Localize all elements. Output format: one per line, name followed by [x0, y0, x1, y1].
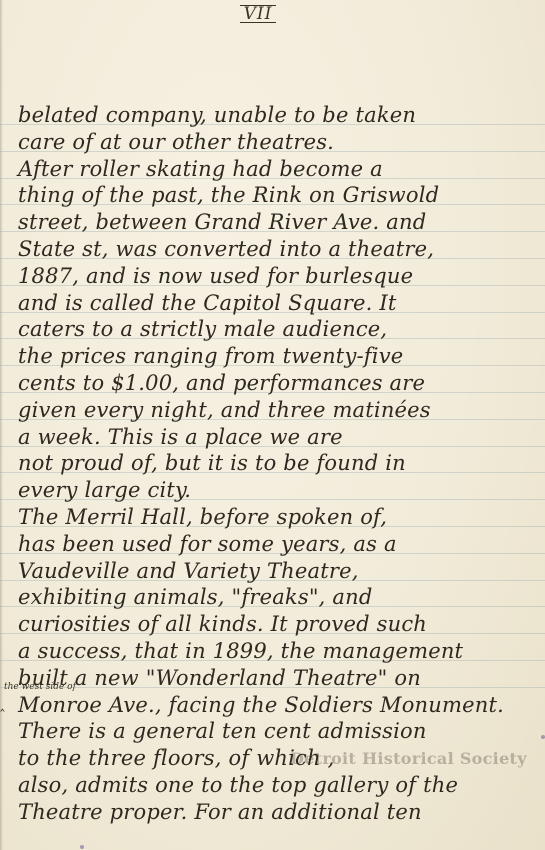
text-line: a success, that in 1899, the management [18, 636, 463, 666]
text-line: has been used for some years, as a [18, 529, 397, 559]
page-edge-shadow [0, 0, 3, 850]
text-line: to the three floors, of which , [18, 743, 334, 773]
text-line: given every night, and three matinées [18, 395, 431, 425]
text-line: Monroe Ave., facing the Soldiers Monumen… [18, 690, 504, 720]
text-line: Vaudeville and Variety Theatre, [18, 556, 359, 586]
text-line: also, admits one to the top gallery of t… [18, 770, 458, 800]
text-line: the prices ranging from twenty-five [18, 341, 403, 371]
text-line: cents to $1.00, and performances are [18, 368, 425, 398]
text-line: exhibiting animals, "freaks", and [18, 582, 373, 612]
text-line: curiosities of all kinds. It proved such [18, 609, 427, 639]
text-line: The Merril Hall, before spoken of, [18, 502, 387, 532]
text-line: street, between Grand River Ave. and [18, 207, 426, 237]
text-line: every large city. [18, 475, 191, 505]
text-line: 1887, and is now used for burlesque [18, 261, 413, 291]
text-line: State st, was converted into a theatre, [18, 234, 434, 264]
text-line: not proud of, but it is to be found in [18, 448, 406, 478]
text-line: caters to a strictly male audience, [18, 314, 387, 344]
ink-spot [80, 845, 84, 849]
insertion-caret-icon: ‸ [0, 696, 5, 712]
text-line: There is a general ten cent admission [18, 716, 427, 746]
ink-spot [541, 735, 545, 739]
text-line: After roller skating had become a [18, 154, 383, 184]
text-line: thing of the past, the Rink on Griswold [18, 180, 439, 210]
text-line: Theatre proper. For an additional ten [18, 797, 422, 827]
manuscript-page: VII the west side of ‸ Detroit Historica… [0, 0, 545, 850]
text-line: and is called the Capitol Square. It [18, 288, 397, 318]
page-number: VII [218, 4, 298, 24]
text-line: built a new "Wonderland Theatre" on [18, 663, 421, 693]
text-line: care of at our other theatres. [18, 127, 334, 157]
text-line: belated company, unable to be taken [18, 100, 416, 130]
text-line: a week. This is a place we are [18, 422, 343, 452]
